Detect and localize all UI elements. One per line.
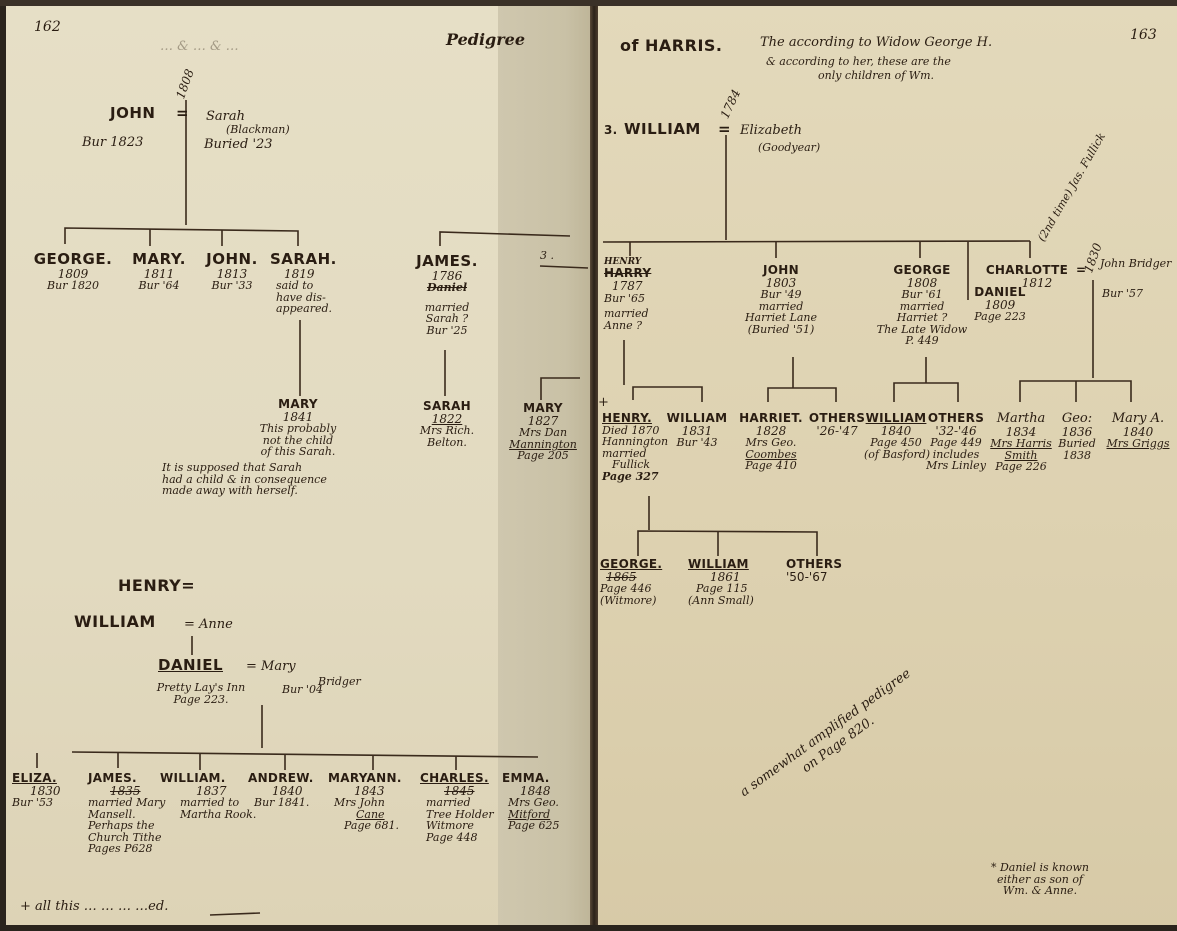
- great-grandchild-william: WILLIAM 1861 Page 115 (Ann Small): [688, 558, 784, 606]
- child-maryann: MARYANN. 1843 Mrs John Cane Page 681.: [328, 772, 420, 832]
- person-sarah-1822: SARAH 1822 Mrs Rich. Belton.: [412, 400, 482, 448]
- center-mark-plus: +: [598, 396, 609, 410]
- sarah-burial-note: Buried '23: [204, 138, 273, 152]
- person-henry: HENRY=: [118, 578, 195, 595]
- child-charles: CHARLES. 1845 married Tree Holder Witmor…: [420, 772, 502, 843]
- john-burial-note: Bur 1823: [82, 136, 143, 150]
- document-title: Pedigree: [446, 32, 525, 49]
- person-william-senior: WILLIAM: [624, 122, 701, 138]
- book-spine: [590, 0, 598, 931]
- document-title-continued: of HARRIS.: [620, 38, 723, 55]
- marriage-symbol: =: [176, 106, 189, 122]
- person-john-senior: JOHN: [110, 106, 155, 122]
- child-eliza: ELIZA. 1830 Bur '53: [12, 772, 76, 809]
- grandchild-harriet: HARRIET. 1828 Mrs Geo. Coombes Page 410: [734, 412, 808, 472]
- center-mark-note: 3 .: [540, 250, 554, 262]
- child-mary: MARY. 1811 Bur '64: [124, 252, 194, 292]
- daniel-spouse-maiden: Bridger: [318, 676, 361, 688]
- heading-note-3: only children of Wm.: [818, 70, 934, 82]
- wife-maiden-name: (Blackman): [226, 124, 290, 136]
- daniel-notes: Pretty Lay's Inn Page 223.: [146, 682, 256, 705]
- person-james: JAMES. 1786 Daniel married Sarah ? Bur '…: [408, 254, 486, 337]
- grandchild-others-2: OTHERS '32-'46 Page 449 includes Mrs Lin…: [926, 412, 986, 472]
- grandchild-william-1840: WILLIAM 1840 Page 450 (of Basford): [864, 412, 928, 460]
- marriage-symbol-right: =: [718, 122, 731, 138]
- mary-bridger-burial: Bur '04: [282, 684, 323, 696]
- left-footer-note: + all this … … … …ed.: [20, 900, 168, 914]
- child-andrew: ANDREW. 1840 Bur 1841.: [248, 772, 334, 809]
- child-john-1803: JOHN 1803 Bur '49 married Harriet Lane (…: [728, 264, 834, 335]
- person-sarah-wife: Sarah: [206, 110, 245, 124]
- person-william: WILLIAM: [74, 614, 156, 631]
- person-mary-1827: MARY 1827 Mrs Dan Mannington Page 205: [506, 402, 580, 462]
- top-edge: [0, 0, 1177, 6]
- person-daniel: DANIEL: [158, 658, 223, 674]
- daniel-spouse-mary: = Mary: [246, 660, 296, 674]
- child-sarah: SARAH. 1819 said to have dis- appeared.: [270, 252, 350, 315]
- heading-note-1: The according to Widow George H.: [760, 36, 992, 50]
- great-grandchild-others: OTHERS '50-'67: [786, 558, 856, 583]
- child-henry: HENRY HARRY 1787 Bur '65 married Anne ?: [604, 258, 674, 331]
- mary-1841-supposition-note: It is supposed that Sarah had a child & …: [162, 462, 327, 497]
- book-edge: [0, 0, 6, 931]
- person-elizabeth: Elizabeth: [740, 124, 802, 138]
- grandchild-mary-a: Mary A. 1840 Mrs Griggs: [1106, 412, 1170, 450]
- page-number-left: 162: [34, 20, 61, 35]
- child-john: JOHN. 1813 Bur '33: [196, 252, 268, 292]
- grandchild-geo: Geo: 1836 Buried 1838: [1050, 412, 1104, 461]
- child-william: WILLIAM. 1837 married to Martha Rook.: [160, 772, 250, 820]
- great-grandchild-george: GEORGE. 1865 Page 446 (Witmore): [600, 558, 672, 606]
- child-george: GEORGE. 1809 Bur 1820: [28, 252, 118, 292]
- elizabeth-maiden-name: (Goodyear): [758, 142, 820, 154]
- heading-note-2: & according to her, these are the: [766, 56, 951, 68]
- john-bridger-burial: Bur '57: [1102, 288, 1143, 300]
- grandchild-henry: HENRY. Died 1870 Hannington married Full…: [602, 412, 670, 482]
- bleed-through-text: … & … & …: [160, 40, 239, 54]
- grandchild-others-1: OTHERS '26-'47: [808, 412, 866, 437]
- william-spouse-anne: = Anne: [184, 618, 233, 632]
- child-george-1808: GEORGE 1808 Bur '61 married Harriet ? Th…: [876, 264, 968, 347]
- grandchild-martha: Martha 1834 Mrs Harris Smith Page 226: [988, 412, 1054, 473]
- person-mary-1841: MARY 1841 This probably not the child of…: [238, 398, 358, 458]
- generation-marker: 3.: [604, 124, 618, 137]
- bottom-edge: [0, 925, 1177, 931]
- grandchild-william-1831: WILLIAM 1831 Bur '43: [662, 412, 732, 449]
- page-number-right: 163: [1130, 28, 1157, 43]
- person-john-bridger: John Bridger: [1100, 258, 1160, 270]
- footnote-daniel: * Daniel is known either as son of Wm. &…: [960, 862, 1120, 897]
- child-emma: EMMA. 1848 Mrs Geo. Mitford Page 625: [502, 772, 582, 832]
- child-daniel: DANIEL 1809 Page 223: [960, 286, 1040, 323]
